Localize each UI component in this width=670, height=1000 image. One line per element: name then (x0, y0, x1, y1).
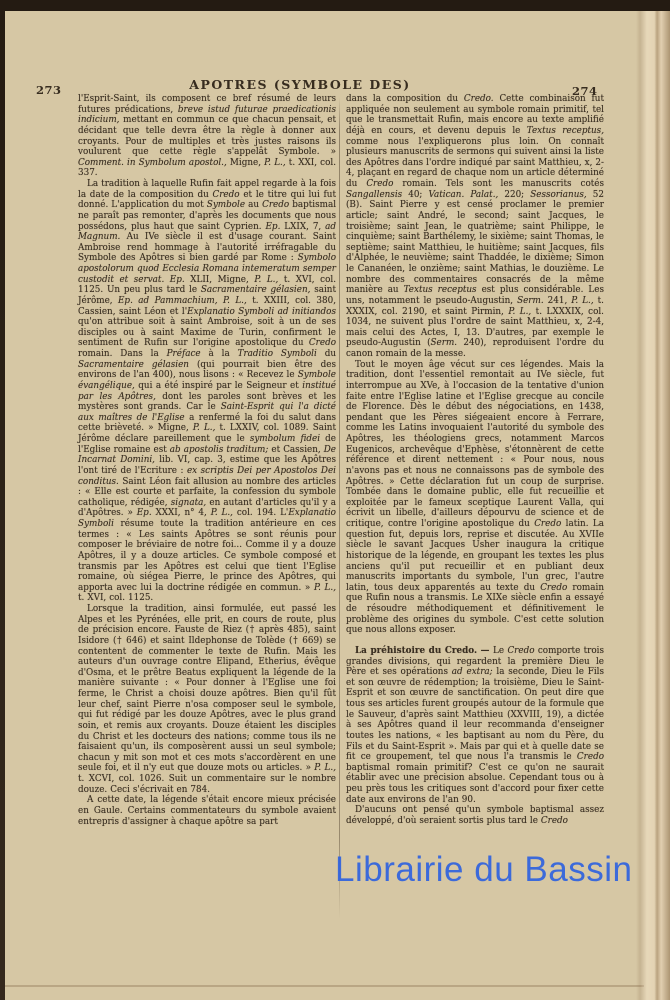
paragraph: D'aucuns ont pensé qu'un symbole baptism… (346, 805, 604, 826)
column-divider (339, 97, 340, 919)
right-text-column: dans la composition du Credo. Cette comb… (346, 94, 604, 827)
book-page: 273 APOTRES (SYMBOLE DES) 274 l'Esprit-S… (5, 11, 670, 1000)
section-heading: La préhistoire du Credo. — (355, 646, 493, 656)
paragraph: La tradition à laquelle Rufin fait appel… (78, 179, 336, 604)
paragraph: La préhistoire du Credo. — Le Credo comp… (346, 646, 604, 805)
page-title: APOTRES (SYMBOLE DES) (145, 77, 455, 92)
paragraph: Lorsque la tradition, ainsi formulée, eu… (78, 604, 336, 795)
scanned-book-photo: 273 APOTRES (SYMBOLE DES) 274 l'Esprit-S… (0, 0, 670, 1000)
left-text-column: l'Esprit-Saint, ils composent ce bref ré… (78, 94, 336, 827)
paragraph: A cette date, la légende s'était encore … (78, 795, 336, 827)
paragraph: dans la composition du Credo. Cette comb… (346, 94, 604, 360)
librairie-du-bassin-watermark: Librairie du Bassin (335, 850, 632, 890)
paragraph: l'Esprit-Saint, ils composent ce bref ré… (78, 94, 336, 179)
page-number-left: 273 (36, 83, 62, 97)
paragraph: Tout le moyen âge vécut sur ces légendes… (346, 360, 604, 636)
